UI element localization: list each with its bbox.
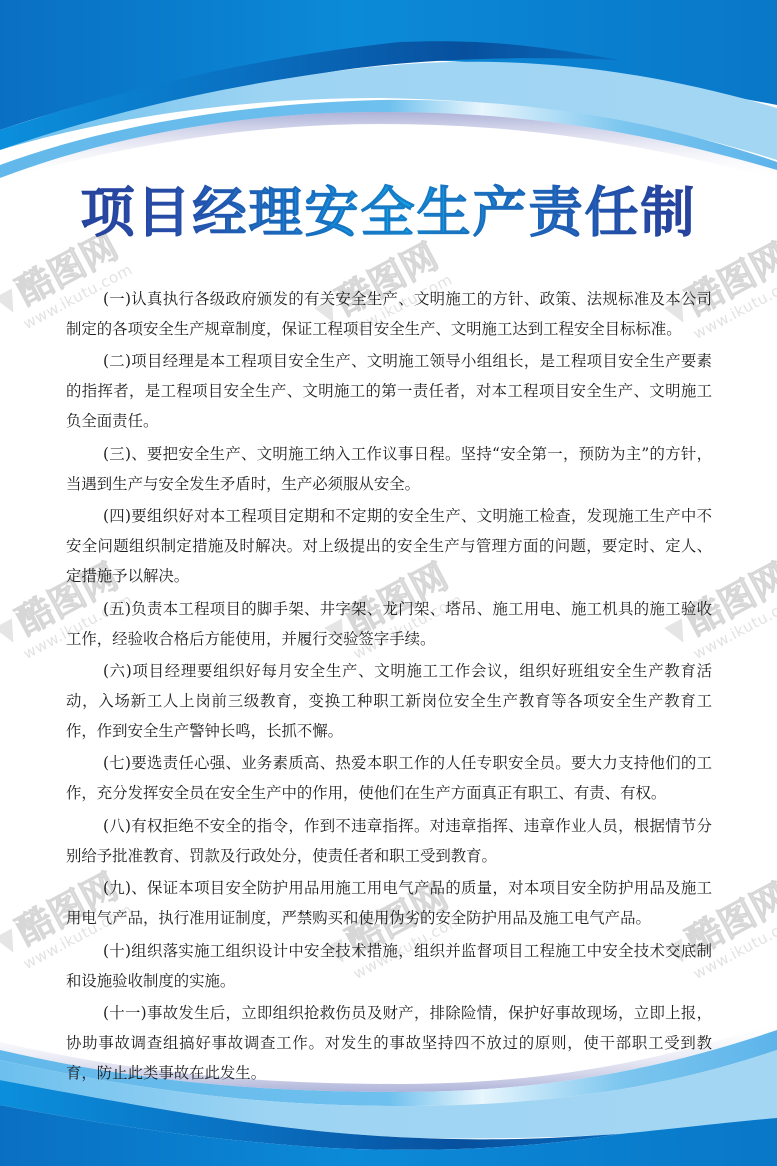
responsibility-list: (一)认真执行各级政府颁发的有关安全生产、文明施工的方针、政策、法规标准及本公司… [66,284,712,1090]
responsibility-item-2: (二)项目经理是本工程项目安全生产、文明施工领导小组组长，是工程项目安全生产要素… [66,346,712,436]
responsibility-item-8: (八)有权拒绝不安全的指令，作到不违章指挥。对违章指挥、违章作业人员，根据情节分… [66,811,712,871]
responsibility-item-4: (四)要组织好对本工程项目定期和不定期的安全生产、文明施工检查，发现施工生产中不… [66,501,712,591]
responsibility-item-7: (七)要选责任心强、业务素质高、热爱本职工作的人任专职安全员。要大力支持他们的工… [66,748,712,808]
responsibility-item-11: (十一)事故发生后，立即组织抢救伤员及财产，排除险情，保护好事故现场，立即上报，… [66,998,712,1088]
responsibility-item-3: (三)、要把安全生产、文明施工纳入工作议事日程。坚持“安全第一，预防为主”的方针… [66,439,712,499]
responsibility-item-1: (一)认真执行各级政府颁发的有关安全生产、文明施工的方针、政策、法规标准及本公司… [66,284,712,344]
responsibility-item-9: (九)、保证本项目安全防护用品用施工用电气产品的质量，对本项目安全防护用品及施工… [66,873,712,933]
responsibility-item-6: (六)项目经理要组织好每月安全生产、文明施工工作会议，组织好班组安全生产教育活动… [66,656,712,746]
top-wave-decoration [0,0,777,180]
safety-poster: 酷图网 www.ikutu.com 酷图网 www.ikutu.com 酷图网 … [0,0,777,1166]
responsibility-item-10: (十)组织落实施工组织设计中安全技术措施，组织并监督项目工程施工中安全技术交底制… [66,936,712,996]
responsibility-item-5: (五)负责本工程项目的脚手架、井字架、龙门架、塔吊、施工用电、施工机具的施工验收… [66,594,712,654]
poster-title: 项目经理安全生产责任制 [0,178,777,248]
